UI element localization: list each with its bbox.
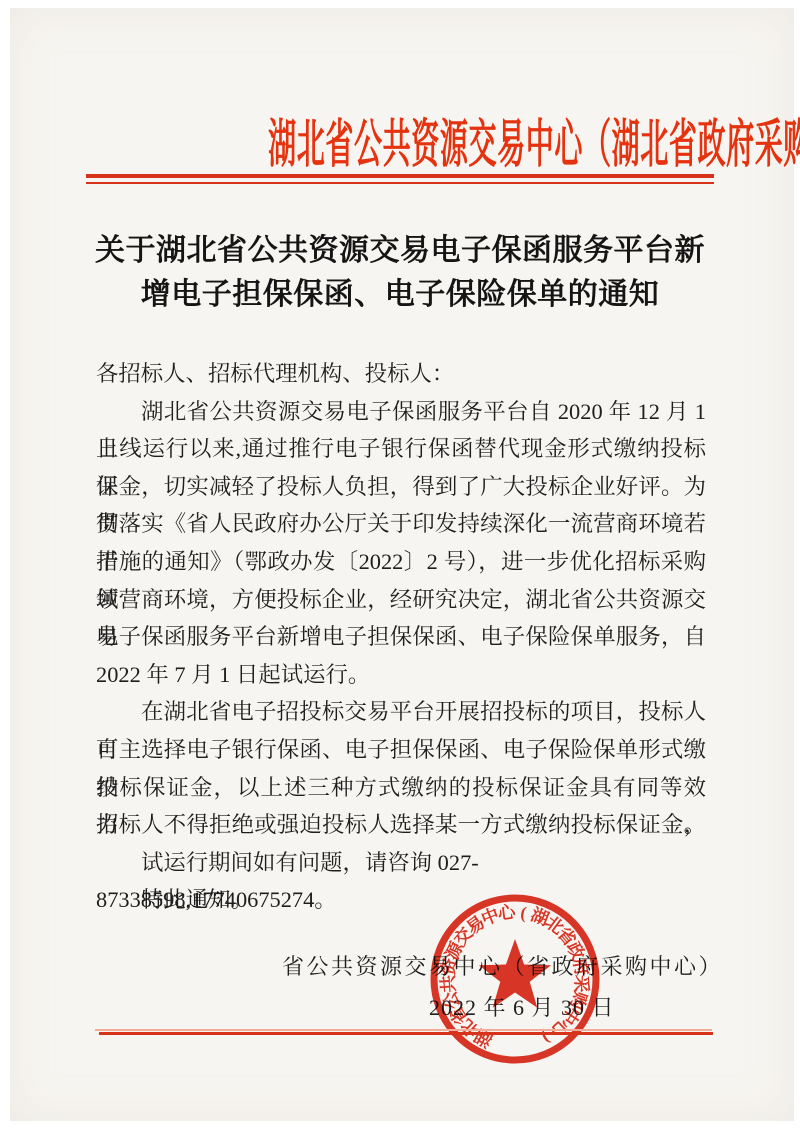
document-title-line2: 增电子担保保函、电子保险保单的通知: [0, 273, 800, 317]
signature-date: 2022 年 6 月 30 日: [429, 991, 615, 1022]
letterhead: 湖北省公共资源交易中心（湖北省政府采购中心）: [0, 102, 800, 177]
footer-rule-dark: [99, 1032, 713, 1035]
letterhead-title: 湖北省公共资源交易中心（湖北省政府采购中心）: [268, 102, 800, 177]
letterhead-rule-thin: [86, 182, 714, 184]
document-title: 关于湖北省公共资源交易电子保函服务平台新 增电子担保保函、电子保险保单的通知: [0, 229, 800, 317]
body-line: 电子保函服务平台新增电子担保保函、电子保险保单服务，自: [96, 618, 706, 656]
body-line: 域营商环境，方便投标企业，经研究决定，湖北省公共资源交易: [96, 581, 706, 619]
body-line: 各招标人、招标代理机构、投标人：: [96, 355, 706, 393]
notice-body: 各招标人、招标代理机构、投标人：湖北省公共资源交易电子保函服务平台自 2020 …: [96, 355, 706, 919]
body-line: 证金，切实减轻了投标人负担，得到了广大投标企业好评。为贯: [96, 468, 706, 506]
body-line: 自主选择电子银行保函、电子担保保函、电子保险保单形式缴纳: [96, 731, 706, 769]
letterhead-rule-thick: [86, 174, 714, 178]
document-title-line1: 关于湖北省公共资源交易电子保函服务平台新: [0, 229, 800, 273]
document-page: 湖北省公共资源交易中心（湖北省政府采购中心） 关于湖北省公共资源交易电子保函服务…: [0, 0, 800, 1131]
body-line: 招标人不得拒绝或强迫投标人选择某一方式缴纳投标保证金。: [96, 806, 706, 844]
body-line: 彻落实《省人民政府办公厅关于印发持续深化一流营商环境若干: [96, 505, 706, 543]
body-line: 投标保证金，以上述三种方式缴纳的投标保证金具有同等效力，: [96, 769, 706, 807]
footer-rule-light: [95, 1029, 712, 1031]
body-line: 上线运行以来,通过推行电子银行保函替代现金形式缴纳投标保: [96, 430, 706, 468]
body-line: 湖北省公共资源交易电子保函服务平台自 2020 年 12 月 1 日: [96, 393, 706, 431]
body-line: 在湖北省电子招投标交易平台开展招投标的项目，投标人可: [96, 693, 706, 731]
body-line: 试运行期间如有问题，请咨询 027-87338598,17740675274。: [96, 844, 706, 882]
signature-org: 省公共资源交易中心（省政府采购中心）: [282, 950, 723, 981]
body-line: 2022 年 7 月 1 日起试运行。: [96, 656, 706, 694]
body-line: 措施的通知》（鄂政办发〔2022〕2 号），进一步优化招标采购领: [96, 543, 706, 581]
body-line: 特此通知。: [96, 881, 706, 919]
